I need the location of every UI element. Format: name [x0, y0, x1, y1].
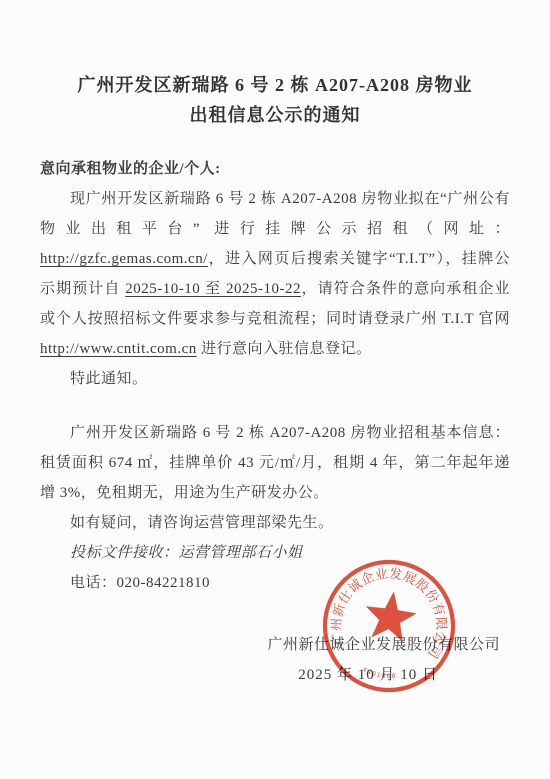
- paragraph-announcement: 现广州开发区新瑞路 6 号 2 栋 A207-A208 房物业拟在“广州公有物业…: [40, 184, 510, 364]
- document-content: 广州开发区新瑞路 6 号 2 栋 A207-A208 房物业 出租信息公示的通知…: [0, 0, 550, 690]
- gzfc-url-text: http://gzfc.gemas.com.cn/: [40, 251, 208, 267]
- blank-line-spacer: [40, 394, 510, 418]
- announcement-text-1: 现广州开发区新瑞路 6 号 2 栋 A207-A208 房物业拟在“广州公有物业…: [40, 191, 510, 237]
- notice-title-line1: 广州开发区新瑞路 6 号 2 栋 A207-A208 房物业: [78, 75, 473, 95]
- signing-company-name: 广州新仕诚企业发展股份有限公司: [40, 630, 510, 660]
- listing-period-dates: 2025-10-10 至 2025-10-22: [125, 281, 301, 297]
- paragraph-rental-basic-info: 广州开发区新瑞路 6 号 2 栋 A207-A208 房物业招租基本信息：租赁面…: [40, 418, 510, 508]
- signature-block: 广州新仕诚企业发展股份有限公司 2025 年 10 月 10 日: [40, 630, 510, 690]
- bid-receiver-value: 运营管理部石小姐: [179, 545, 303, 561]
- announcement-text-4: 进行意向入驻信息登记。: [197, 341, 372, 357]
- paragraph-phone: 电话：020-84221810: [40, 568, 510, 598]
- bid-receiver-label: 投标文件接收：: [70, 545, 179, 561]
- paragraph-contact-enquiry: 如有疑问，请咨询运营管理部梁先生。: [40, 508, 510, 538]
- notice-title: 广州开发区新瑞路 6 号 2 栋 A207-A208 房物业 出租信息公示的通知: [40, 0, 510, 130]
- notice-title-line2: 出租信息公示的通知: [190, 105, 361, 125]
- signing-date: 2025 年 10 月 10 日: [40, 660, 510, 690]
- paragraph-hereby-notice: 特此通知。: [40, 364, 510, 394]
- paragraph-bid-document-receiver: 投标文件接收：运营管理部石小姐: [40, 538, 510, 568]
- cntit-url-text: http://www.cntit.com.cn: [40, 341, 197, 357]
- scanned-notice-page: 广州开发区新瑞路 6 号 2 栋 A207-A208 房物业 出租信息公示的通知…: [0, 0, 550, 779]
- salutation: 意向承租物业的企业/个人:: [40, 154, 510, 184]
